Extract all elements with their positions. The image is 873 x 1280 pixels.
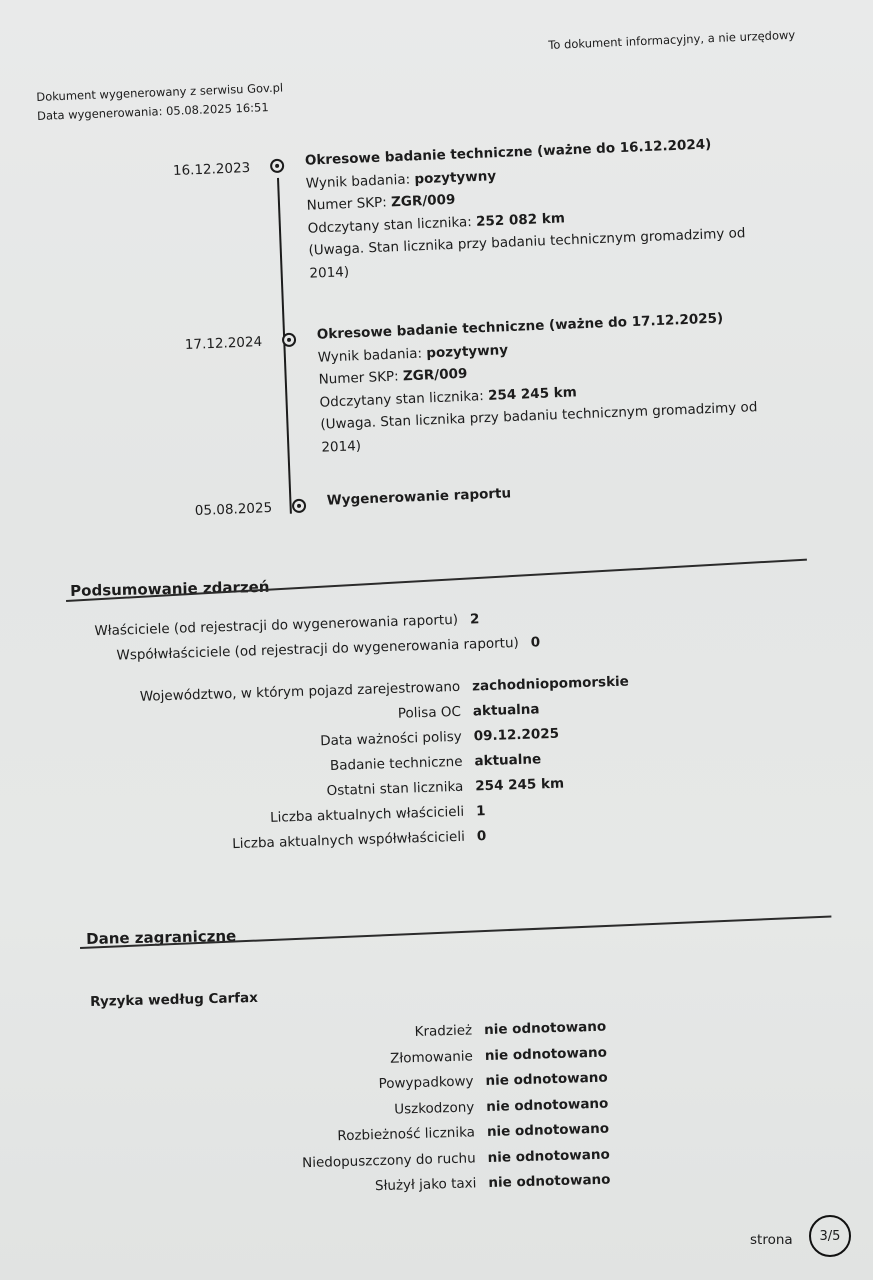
row-value: aktualna	[473, 701, 540, 719]
timeline-content: Okresowe badanie techniczne (ważne do 16…	[305, 132, 747, 284]
page-number-badge: 3/5	[809, 1215, 851, 1257]
row-value: nie odnotowano	[488, 1172, 611, 1191]
page-label: strona	[750, 1232, 793, 1248]
row-value: nie odnotowano	[485, 1044, 608, 1063]
event-timeline: 16.12.2023 Okresowe badanie techniczne (…	[0, 0, 873, 540]
timeline-date: 16.12.2023	[140, 160, 251, 180]
timeline-content: Wygenerowanie raportu	[326, 482, 511, 512]
row-value: 0	[531, 634, 541, 650]
row-value: nie odnotowano	[487, 1121, 610, 1140]
row-value: nie odnotowano	[486, 1095, 609, 1114]
summary-list: Właściciele (od rejestracji do wygenerow…	[40, 606, 647, 867]
row-value: 254 245 km	[475, 776, 564, 795]
row-value: nie odnotowano	[484, 1019, 607, 1038]
row-label: Właściciele (od rejestracji do wygenerow…	[40, 612, 458, 641]
row-value: 0	[477, 828, 487, 844]
row-value: aktualne	[474, 751, 541, 769]
row-label: Kradzież	[200, 1022, 472, 1046]
row-value: nie odnotowano	[487, 1146, 610, 1165]
timeline-date: 17.12.2024	[152, 334, 263, 354]
timeline-content: Okresowe badanie techniczne (ważne do 17…	[316, 306, 758, 458]
timeline-date: 05.08.2025	[162, 500, 273, 520]
row-value: 2	[470, 611, 480, 627]
row-value: 09.12.2025	[473, 726, 559, 745]
timeline-dot-icon	[270, 159, 285, 174]
document-page: Dokument wygenerowany z serwisu Gov.pl D…	[0, 0, 873, 1280]
carfax-risks-heading: Ryzyka według Carfax	[90, 990, 258, 1010]
summary-section-title: Podsumowanie zdarzeń	[70, 578, 270, 600]
carfax-risk-list: Kradzieżnie odnotowanoZłomowanienie odno…	[200, 1018, 625, 1208]
timeline-dot-icon	[282, 333, 297, 348]
timeline-dot-icon	[292, 499, 307, 514]
row-value: nie odnotowano	[485, 1070, 608, 1089]
timeline-title: Wygenerowanie raportu	[326, 482, 511, 512]
row-value: 1	[476, 803, 486, 819]
